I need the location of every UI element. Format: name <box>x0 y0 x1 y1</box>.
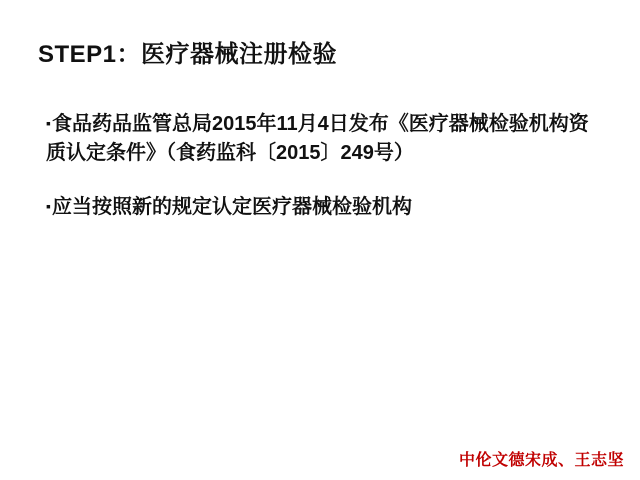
slide-title: STEP1：医疗器械注册检验 <box>0 0 640 68</box>
bullet-item: ▪食品药品监管总局2015年11月4日发布《医疗器械检验机构资质认定条件》（食药… <box>46 110 590 167</box>
presentation-slide: STEP1：医疗器械注册检验 ▪食品药品监管总局2015年11月4日发布《医疗器… <box>0 0 640 480</box>
bullet-item: ▪应当按照新的规定认定医疗器械检验机构 <box>46 193 590 221</box>
bullet-text: 食品药品监管总局2015年11月4日发布《医疗器械检验机构资质认定条件》（食药监… <box>46 113 589 163</box>
bullet-text: 应当按照新的规定认定医疗器械检验机构 <box>52 196 412 218</box>
bullet-list: ▪食品药品监管总局2015年11月4日发布《医疗器械检验机构资质认定条件》（食药… <box>0 110 640 221</box>
footer-credit: 中伦文德宋成、王志坚 <box>459 447 624 470</box>
